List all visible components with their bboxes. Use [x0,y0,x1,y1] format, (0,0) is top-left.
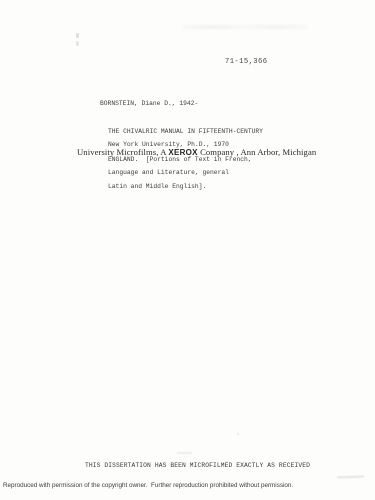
citation-author-line: BORNSTEIN, Diane D., 1942- [100,99,263,108]
speck-artifact [237,433,239,435]
publisher-imprint: University Microfilms, A XEROX Company ,… [77,147,316,157]
catalog-number: 71-15,366 [225,58,267,66]
subject-line: Language and Literature, general [108,168,229,177]
publisher-suffix: Company , Ann Arbor, Michigan [198,147,316,157]
microfilm-notice: THIS DISSERTATION HAS BEEN MICROFILMED E… [85,462,310,469]
degree-block: New York University, Ph.D., 1970 Languag… [108,122,229,196]
ghost-text-artifact [183,25,308,29]
copyright-footer: Reproduced with permission of the copyri… [3,482,293,489]
publisher-prefix: University Microfilms, A [77,147,168,157]
scanned-dissertation-page: 71-15,366 BORNSTEIN, Diane D., 1942- THE… [0,0,375,500]
xerox-logo: XEROX [168,148,198,157]
smudge-artifact [177,452,192,454]
smudge-artifact [337,476,364,479]
smudge-artifact [76,41,79,46]
smudge-artifact [76,33,79,38]
